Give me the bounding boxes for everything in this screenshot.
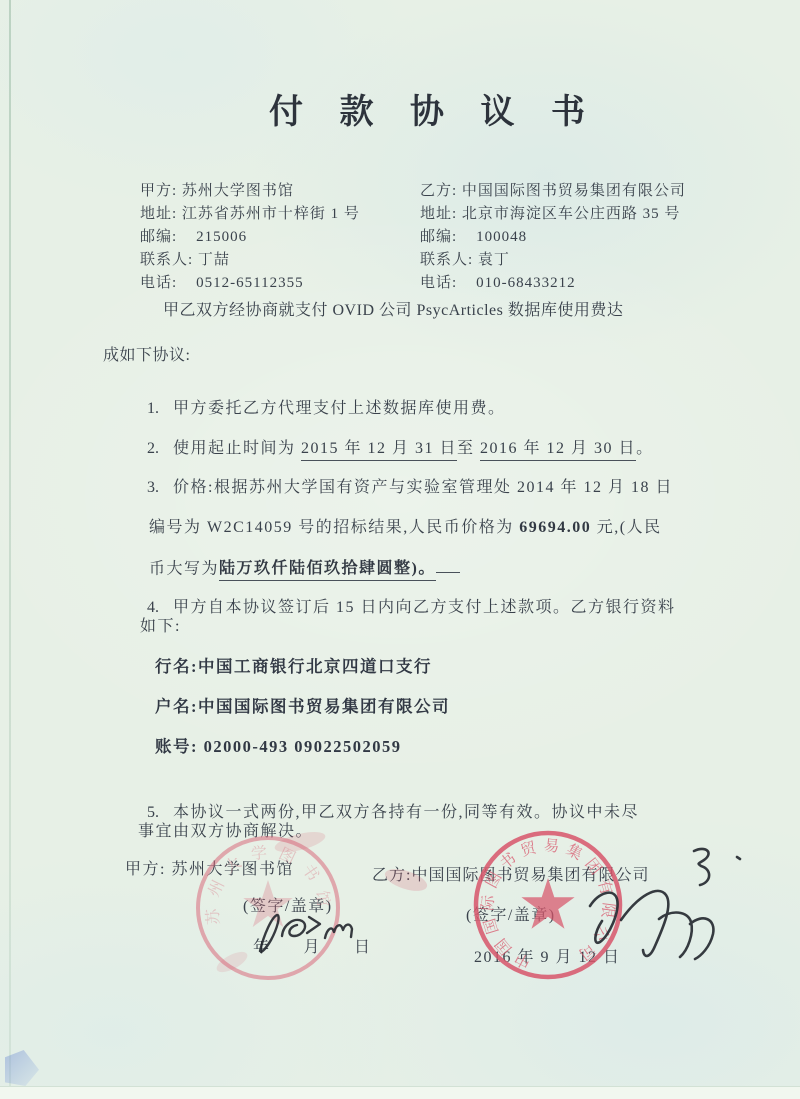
party-b-postal: 邮编: 100048 — [420, 228, 527, 248]
scan-edge-line — [9, 0, 11, 1099]
item-4-line-1: 4.甲方自本协议签订后 15 日内向乙方支付上述款项。乙方银行资料 — [125, 577, 676, 639]
party-a-contact: 联系人: 丁喆 — [140, 251, 230, 271]
price-amount: 69694.00 — [519, 519, 591, 536]
party-b-name: 乙方: 中国国际图书贸易集团有限公司 — [420, 182, 686, 202]
paper-bottom-edge — [0, 1086, 800, 1099]
party-a-signature-title: 甲方: 苏州大学图书馆 — [125, 860, 294, 881]
party-b-address: 地址: 北京市海淀区车公庄西路 35 号 — [420, 205, 680, 225]
scanned-agreement-page: 付 款 协 议 书 甲方: 苏州大学图书馆 地址: 江苏省苏州市十梓街 1 号 … — [0, 0, 800, 1099]
scan-corner-mark — [5, 1050, 39, 1086]
item-2-period: 。 — [636, 440, 654, 457]
party-a-sign-stamp-note: (签字/盖章) — [243, 897, 333, 918]
item-3-text-1: 价格:根据苏州大学国有资产与实验室管理处 2014 年 12 月 18 日 — [173, 479, 673, 496]
item-5-line-2: 事宜由双方协商解决。 — [138, 822, 313, 843]
item-2-prefix: 使用起止时间为 — [173, 440, 301, 457]
intro-line-1: 甲乙双方经协商就支付 OVID 公司 PsycArticles 数据库使用费达 — [163, 301, 623, 322]
underline-tail — [436, 558, 460, 573]
item-4-number: 4. — [147, 598, 173, 619]
party-b-signature-title: 乙方:中国国际图书贸易集团有限公司 — [372, 866, 649, 887]
item-3-text-3: 元,(人民 — [591, 519, 661, 536]
party-a-postal: 邮编: 215006 — [140, 228, 247, 248]
party-b-sign-stamp-note: (签字/盖章) — [466, 906, 556, 927]
party-a-address: 地址: 江苏省苏州市十梓街 1 号 — [140, 205, 360, 225]
party-a-phone: 电话: 0512-65112355 — [140, 274, 304, 294]
item-3-number: 3. — [147, 478, 173, 499]
party-a-name: 甲方: 苏州大学图书馆 — [140, 182, 294, 202]
page-title: 付 款 协 议 书 — [60, 84, 800, 133]
party-b-date: 2016 年 9 月 12 日 — [474, 948, 621, 969]
item-1-text: 甲方委托乙方代理支付上述数据库使用费。 — [173, 400, 506, 417]
party-b-phone: 电话: 010-68433212 — [420, 274, 576, 294]
item-3-text-4: 币大写为 — [149, 560, 219, 577]
party-b-contact: 联系人: 袁丁 — [420, 251, 510, 271]
item-4-line-2: 如下: — [140, 617, 181, 638]
bank-name-line: 行名:中国工商银行北京四道口支行 — [155, 656, 432, 677]
intro-line-2: 成如下协议: — [103, 346, 190, 367]
party-a-date-blank: 年 月 日 — [253, 938, 372, 959]
item-1-number: 1. — [147, 399, 173, 420]
item-3-text-2: 编号为 W2C14059 号的招标结果,人民币价格为 — [149, 519, 519, 536]
account-number-line: 账号: 02000-493 09022502059 — [155, 736, 402, 757]
item-4-text-1: 甲方自本协议签订后 15 日内向乙方支付上述款项。乙方银行资料 — [173, 599, 676, 616]
item-5-text-1: 本协议一式两份,甲乙双方各持有一份,同等有效。协议中未尽 — [173, 804, 639, 821]
account-name-line: 户名:中国国际图书贸易集团有限公司 — [155, 696, 450, 717]
item-2-conjunction: 至 — [457, 440, 480, 457]
item-5-number: 5. — [147, 803, 173, 824]
